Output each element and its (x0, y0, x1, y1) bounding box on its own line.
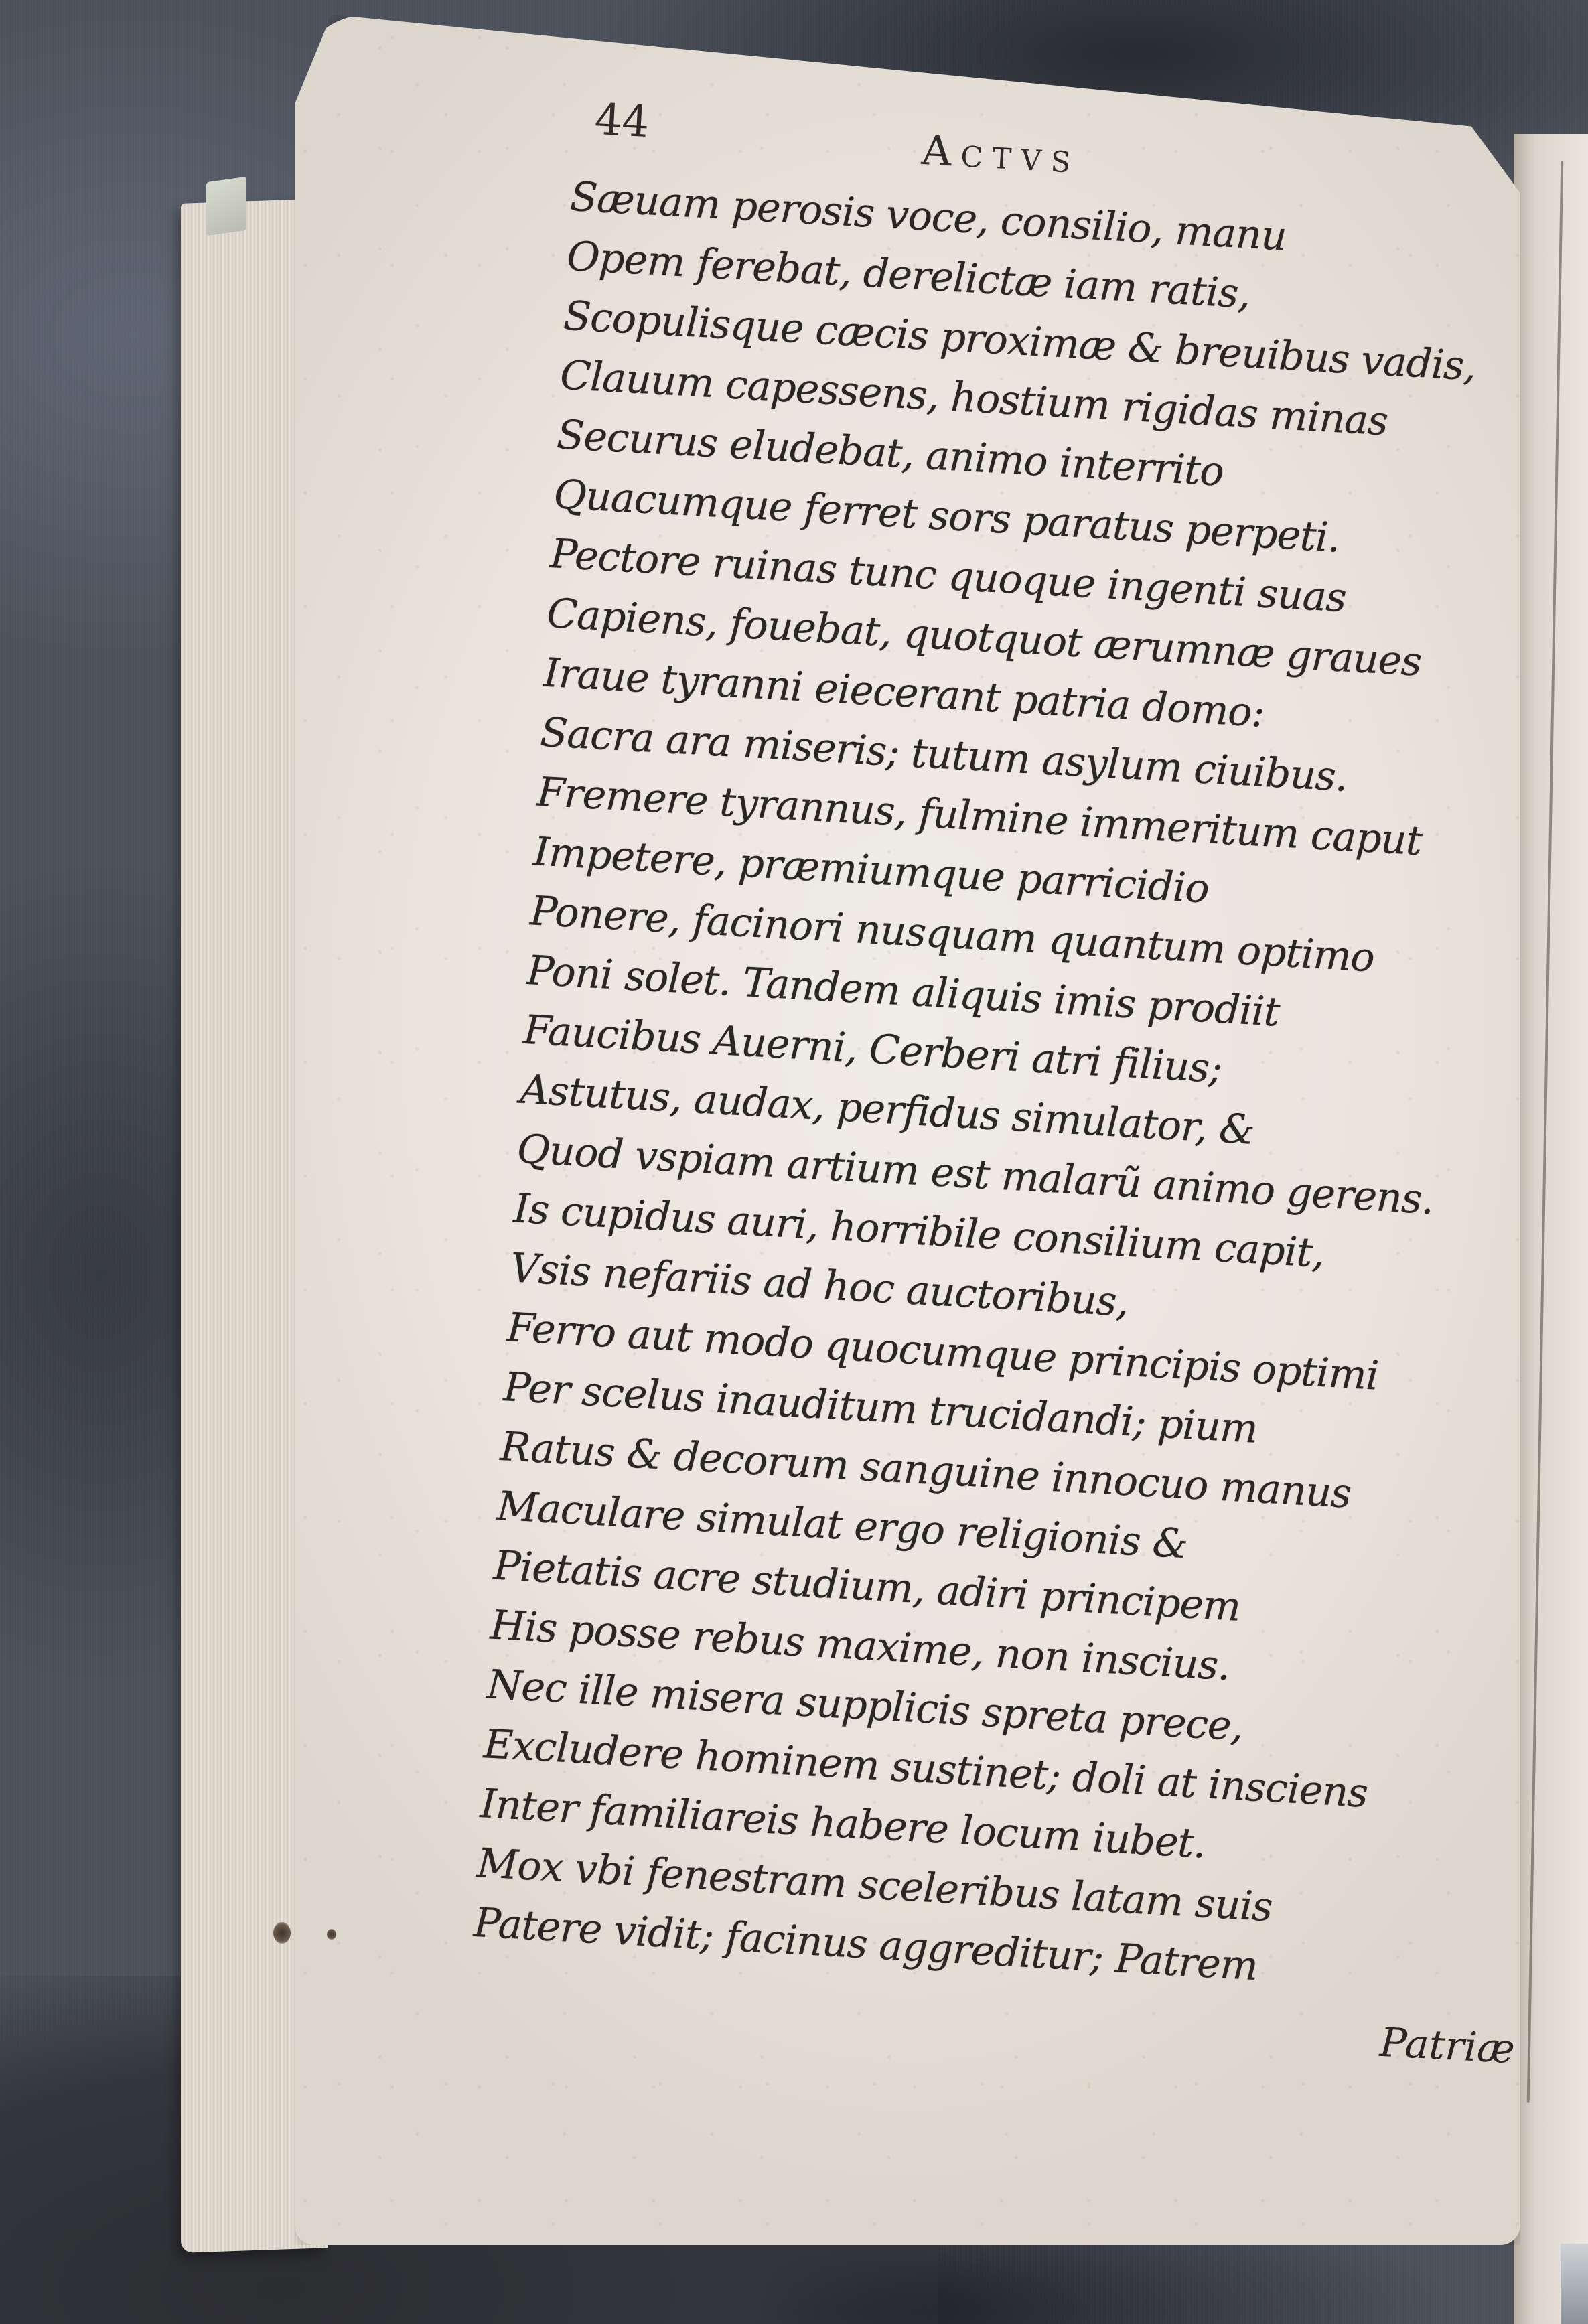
facing-page-edge (1514, 134, 1588, 2324)
book-cover-corner (206, 177, 246, 236)
text-block: 44 Actvs Sæuam perosis voce, consilio, m… (472, 94, 1526, 2006)
worm-hole-small (327, 1929, 336, 1940)
catchword: Patriæ (1378, 2019, 1516, 2073)
verse-list: Sæuam perosis voce, consilio, manu Opem … (472, 167, 1522, 2006)
next-page-corner (1561, 2244, 1588, 2324)
worm-hole-large (273, 1922, 291, 1944)
page-number: 44 (593, 95, 650, 147)
running-head: Actvs (920, 125, 1082, 183)
